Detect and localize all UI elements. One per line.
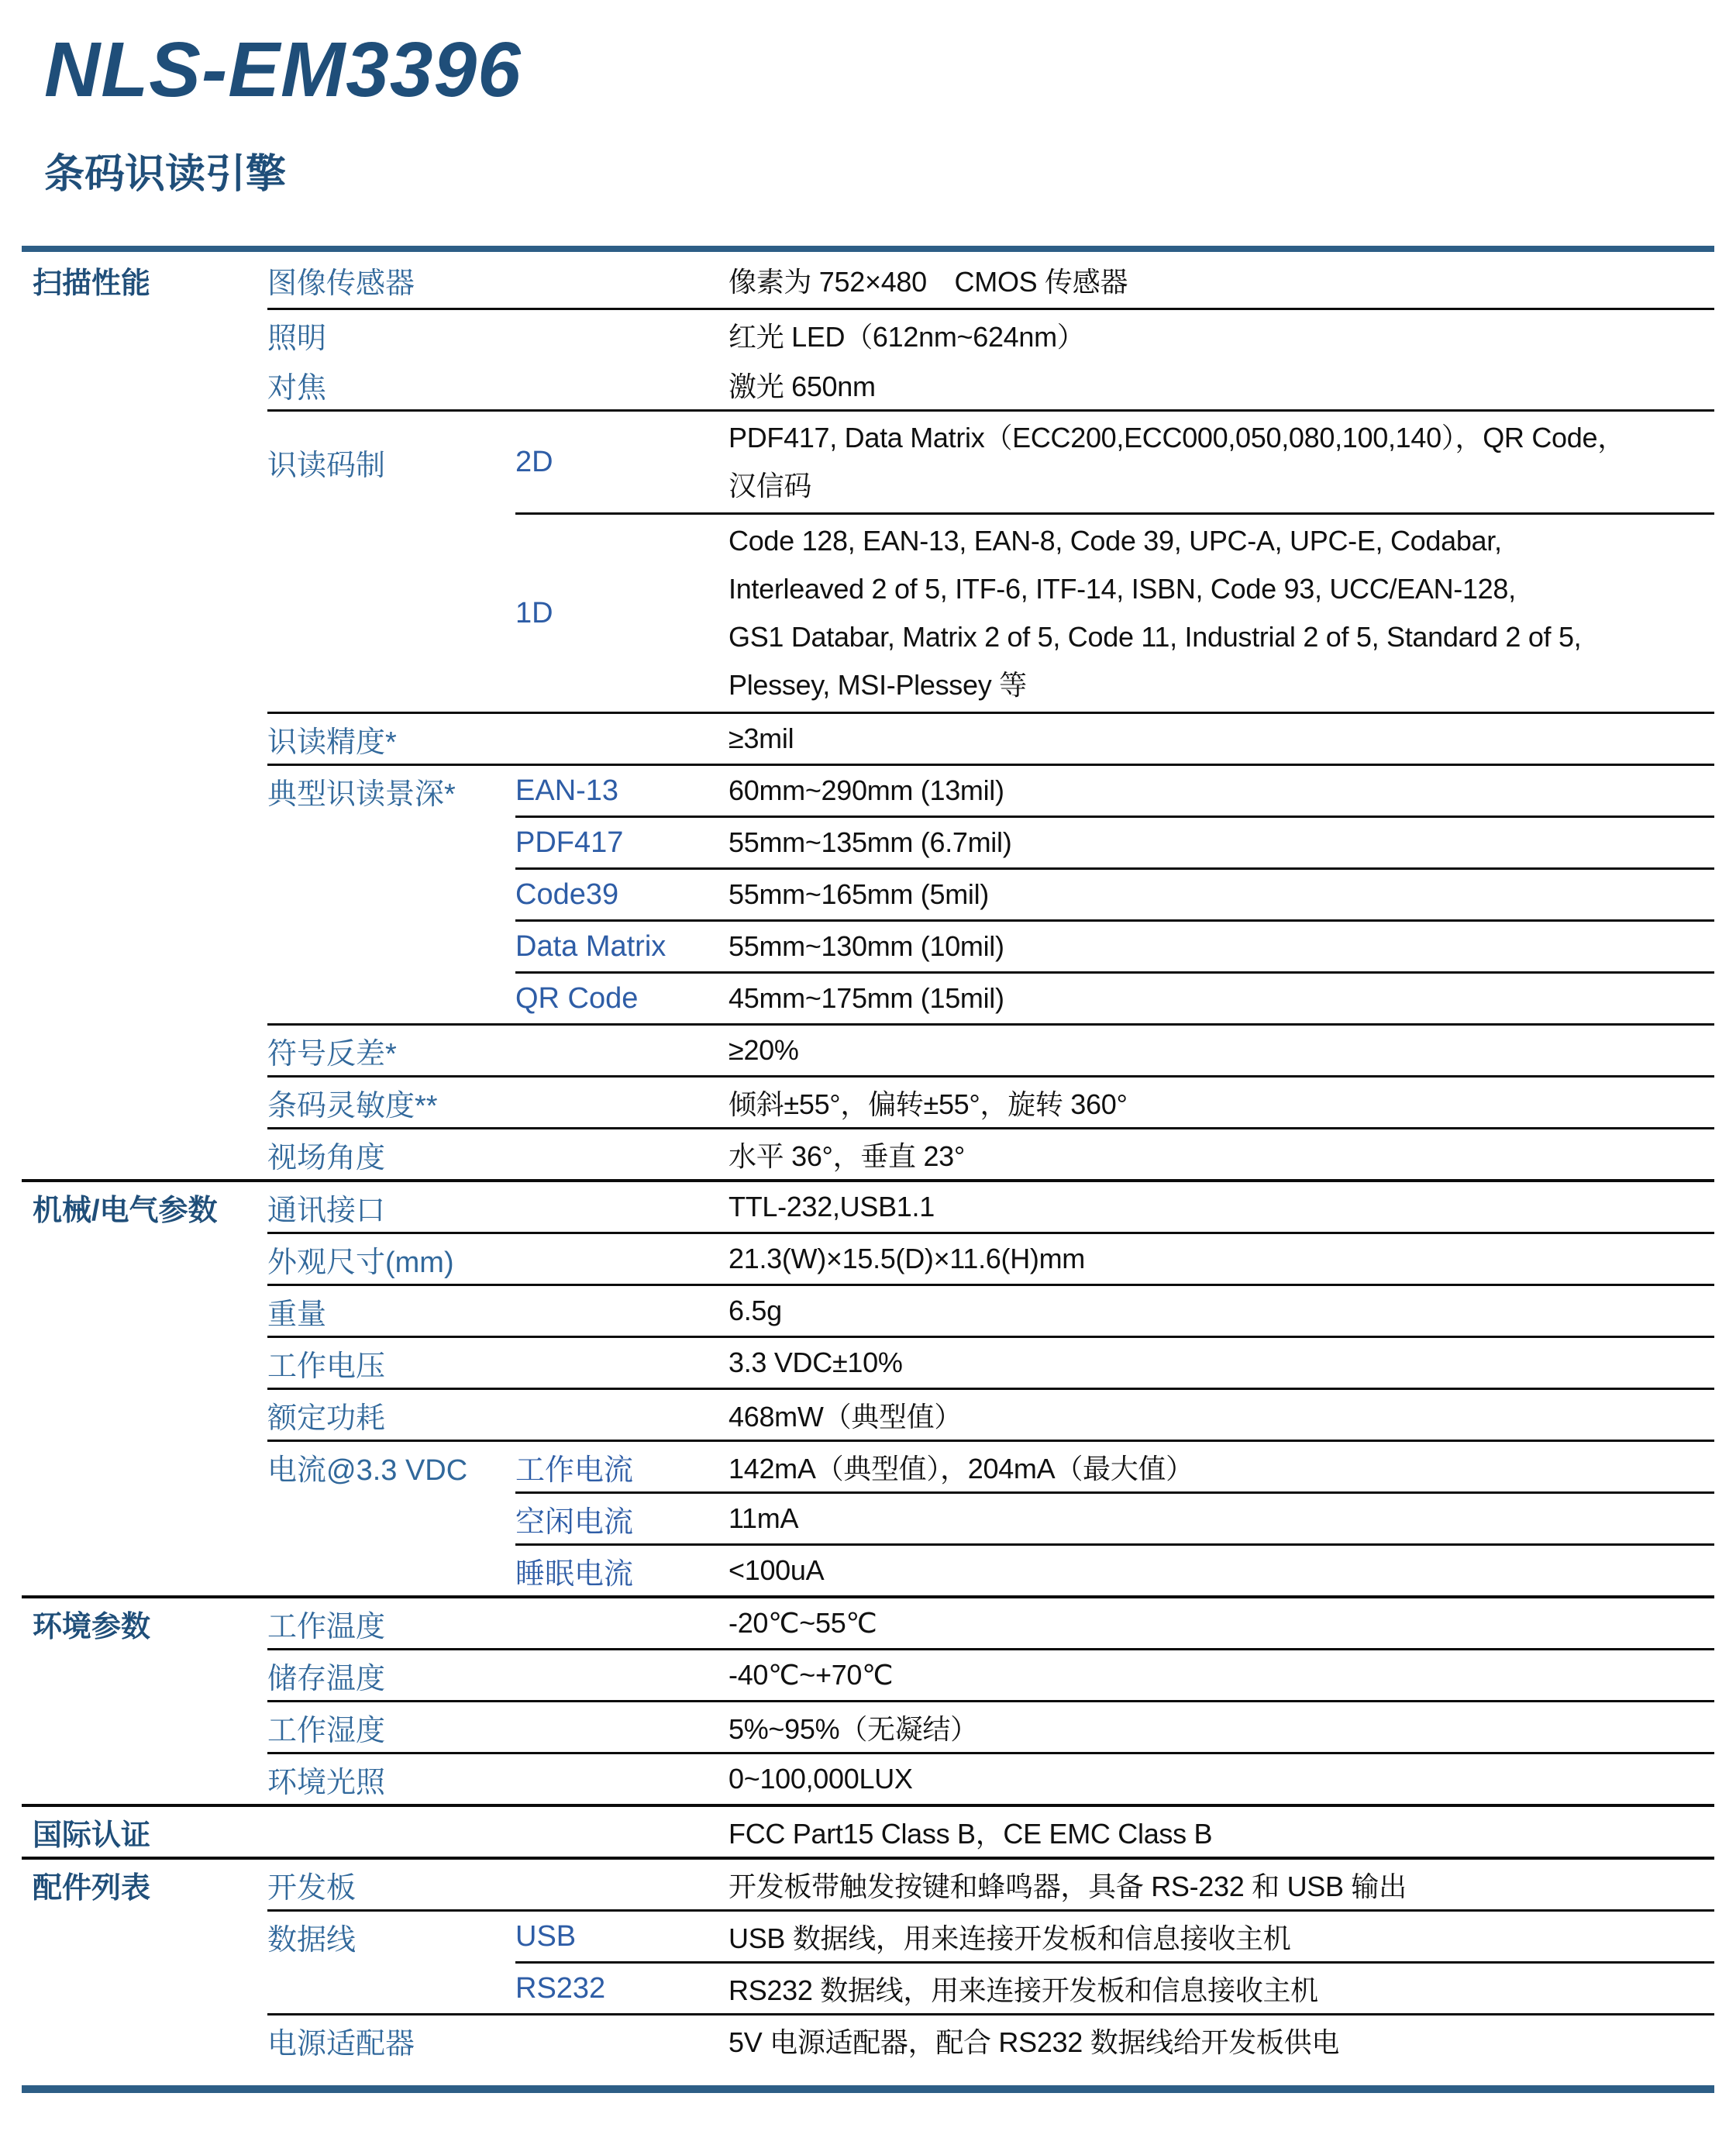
spec-value: 468mW（典型值） [728,1395,1714,1435]
spec-value: 142mA（典型值），204mA（最大值） [728,1447,1714,1487]
spec-row: 环境光照 0~100,000LUX [22,1754,1714,1804]
spec-value: 激光 650nm [728,365,1714,405]
spec-value: 红光 LED（612nm~624nm） [728,316,1714,355]
spec-row: 电流@3.3 VDC 工作电流 142mA（典型值），204mA（最大值） [22,1442,1714,1491]
spec-value-line: 汉信码 [728,462,1714,510]
spec-label: 工作温度 [267,1602,728,1645]
spec-label: 照明 [267,314,728,357]
spec-sub-label: 睡眠电流 [515,1550,728,1592]
spec-row: 视场角度 水平 36°，垂直 23° [22,1129,1714,1179]
spec-label: 条码灵敏度** [267,1081,728,1124]
datasheet-page: NLS-EM3396 条码识读引擎 扫描性能 图像传感器 像素为 752×480… [0,0,1736,2131]
spec-value: 60mm~290mm (13mil) [728,774,1714,807]
spec-value: 55mm~130mm (10mil) [728,930,1714,963]
spec-value: RS232 数据线，用来连接开发板和信息接收主机 [728,1969,1714,2009]
spec-label: 图像传感器 [267,259,728,302]
spec-value: PDF417, Data Matrix（ECC200,ECC000,050,08… [728,412,1714,512]
category-label: 国际认证 [22,1811,267,1853]
spec-value: 倾斜±55°，偏转±55°，旋转 360° [728,1083,1714,1122]
spec-sub-label: 空闲电流 [515,1498,728,1540]
spec-label: 电流@3.3 VDC [267,1446,515,1488]
spec-value: TTL-232,USB1.1 [728,1191,1714,1223]
spec-value: <100uA [728,1554,1714,1587]
page-header: NLS-EM3396 条码识读引擎 [0,0,1736,198]
spec-row: 额定功耗 468mW（典型值） [22,1390,1714,1440]
spec-value: 水平 36°，垂直 23° [728,1135,1714,1174]
spec-label: 储存温度 [267,1654,728,1697]
spec-value: 6.5g [728,1295,1714,1327]
spec-row: 环境参数 工作温度 -20℃~55℃ [22,1598,1714,1648]
spec-value: ≥3mil [728,722,1714,755]
spec-row: 1D Code 128, EAN-13, EAN-8, Code 39, UPC… [22,515,1714,712]
spec-row: 对焦 激光 650nm [22,360,1714,409]
spec-label: 工作电压 [267,1342,728,1384]
spec-label: 通讯接口 [267,1186,728,1229]
category-label: 机械/电气参数 [22,1186,267,1229]
spec-value: 3.3 VDC±10% [728,1347,1714,1379]
spec-sub-label: 1D [515,597,728,630]
spec-value: USB 数据线，用来连接开发板和信息接收主机 [728,1917,1714,1957]
spec-label: 对焦 [267,364,728,406]
bottom-rule [22,2085,1714,2093]
spec-value: Code 128, EAN-13, EAN-8, Code 39, UPC-A,… [728,515,1714,712]
spec-row: 符号反差* ≥20% [22,1026,1714,1075]
spec-row: 储存温度 -40℃~+70℃ [22,1650,1714,1700]
spec-row: 条码灵敏度** 倾斜±55°，偏转±55°，旋转 360° [22,1078,1714,1127]
spec-label: 识读精度* [267,718,728,760]
spec-row: 睡眠电流 <100uA [22,1546,1714,1595]
spec-row: 电源适配器 5V 电源适配器，配合 RS232 数据线给开发板供电 [22,2015,1714,2065]
spec-value: ≥20% [728,1034,1714,1067]
top-rule [22,246,1714,252]
spec-label: 开发板 [267,1864,728,1906]
spec-value: FCC Part15 Class B，CE EMC Class B [728,1812,1714,1852]
spec-value: 55mm~165mm (5mil) [728,878,1714,911]
spec-row: 外观尺寸(mm) 21.3(W)×15.5(D)×11.6(H)mm [22,1234,1714,1284]
spec-value: -20℃~55℃ [728,1607,1714,1640]
spec-row: RS232 RS232 数据线，用来连接开发板和信息接收主机 [22,1964,1714,2013]
spec-value: 5%~95%（无凝结） [728,1708,1714,1747]
spec-value: 11mA [728,1502,1714,1535]
spec-row: 数据线 USB USB 数据线，用来连接开发板和信息接收主机 [22,1912,1714,1961]
spec-row: PDF417 55mm~135mm (6.7mil) [22,818,1714,867]
spec-sub-label: Code39 [515,878,728,912]
spec-sub-label: RS232 [515,1972,728,2005]
spec-row: 识读精度* ≥3mil [22,714,1714,764]
spec-row: 空闲电流 11mA [22,1494,1714,1543]
category-label: 配件列表 [22,1864,267,1906]
spec-value: 45mm~175mm (15mil) [728,982,1714,1015]
spec-label: 重量 [267,1290,728,1333]
spec-value-line: Interleaved 2 of 5, ITF-6, ITF-14, ISBN,… [728,565,1714,613]
spec-sub-label: Data Matrix [515,930,728,964]
spec-label: 数据线 [267,1915,515,1958]
spec-row: Data Matrix 55mm~130mm (10mil) [22,922,1714,971]
spec-label: 外观尺寸(mm) [267,1238,728,1281]
spec-label: 环境光照 [267,1758,728,1801]
page-subtitle: 条码识读引擎 [44,151,1714,198]
spec-value: 55mm~135mm (6.7mil) [728,826,1714,859]
category-label: 扫描性能 [22,259,267,302]
spec-value-line: PDF417, Data Matrix（ECC200,ECC000,050,08… [728,414,1714,462]
spec-row: 配件列表 开发板 开发板带触发按键和蜂鸣器，具备 RS-232 和 USB 输出 [22,1860,1714,1909]
spec-table: 扫描性能 图像传感器 像素为 752×480 CMOS 传感器 照明 红光 LE… [22,252,1714,2065]
spec-row: Code39 55mm~165mm (5mil) [22,870,1714,919]
spec-sub-label: USB [515,1920,728,1953]
spec-row: 重量 6.5g [22,1286,1714,1336]
spec-row: 工作湿度 5%~95%（无凝结） [22,1702,1714,1752]
spec-value: 0~100,000LUX [728,1763,1714,1795]
spec-label: 视场角度 [267,1133,728,1176]
spec-sub-label: 工作电流 [515,1446,728,1488]
spec-label: 电源适配器 [267,2019,728,2062]
spec-row: 典型识读景深* EAN-13 60mm~290mm (13mil) [22,766,1714,816]
spec-label: 典型识读景深* [267,770,515,812]
spec-value: -40℃~+70℃ [728,1659,1714,1691]
spec-value: 开发板带触发按键和蜂鸣器，具备 RS-232 和 USB 输出 [728,1865,1714,1905]
spec-row: QR Code 45mm~175mm (15mil) [22,974,1714,1023]
spec-value-line: Code 128, EAN-13, EAN-8, Code 39, UPC-A,… [728,517,1714,565]
spec-label: 符号反差* [267,1029,728,1072]
spec-label: 识读码制 [267,441,515,484]
spec-value: 21.3(W)×15.5(D)×11.6(H)mm [728,1243,1714,1275]
spec-row: 机械/电气参数 通讯接口 TTL-232,USB1.1 [22,1182,1714,1232]
spec-row: 识读码制 2D PDF417, Data Matrix（ECC200,ECC00… [22,412,1714,512]
spec-row: 扫描性能 图像传感器 像素为 752×480 CMOS 传感器 [22,252,1714,308]
spec-value-line: Plessey, MSI-Plessey 等 [728,661,1714,709]
spec-sub-label: 2D [515,446,728,479]
spec-label: 额定功耗 [267,1394,728,1436]
spec-label: 工作湿度 [267,1706,728,1749]
spec-row: 工作电压 3.3 VDC±10% [22,1338,1714,1388]
spec-sub-label: QR Code [515,982,728,1016]
spec-sub-label: PDF417 [515,826,728,860]
category-label: 环境参数 [22,1602,267,1645]
spec-sub-label: EAN-13 [515,774,728,808]
spec-row: 国际认证 FCC Part15 Class B，CE EMC Class B [22,1807,1714,1857]
spec-row: 照明 红光 LED（612nm~624nm） [22,310,1714,360]
spec-value: 5V 电源适配器，配合 RS232 数据线给开发板供电 [728,2021,1714,2060]
page-title: NLS-EM3396 [44,23,1714,116]
spec-value-line: GS1 Databar, Matrix 2 of 5, Code 11, Ind… [728,613,1714,661]
spec-value: 像素为 752×480 CMOS 传感器 [728,260,1714,300]
